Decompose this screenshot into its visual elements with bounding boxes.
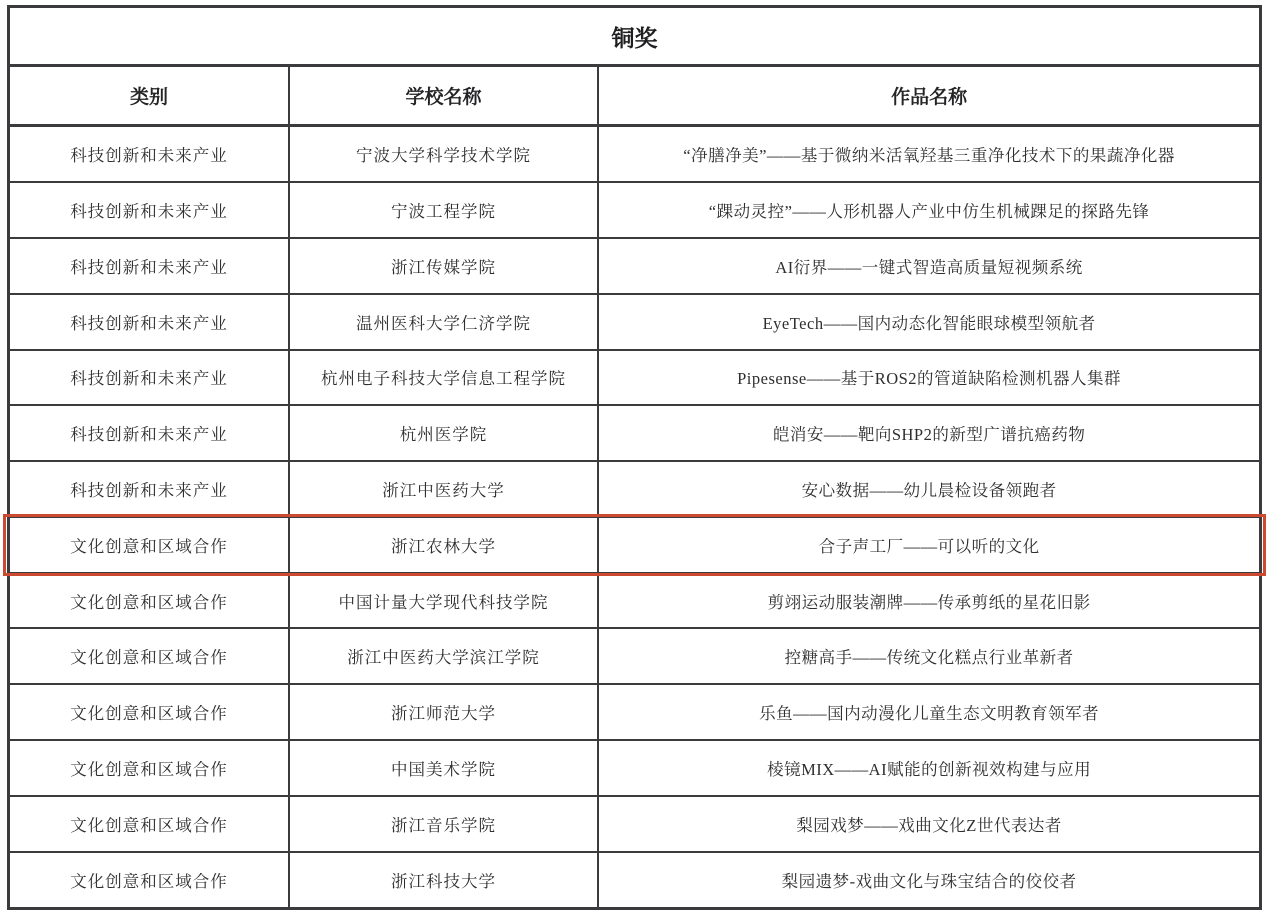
school-cell: 浙江中医药大学滨江学院 <box>289 628 598 684</box>
school-cell: 浙江师范大学 <box>289 684 598 740</box>
table-row: 科技创新和未来产业 宁波工程学院 “踝动灵控”——人形机器人产业中仿生机械踝足的… <box>9 182 1261 238</box>
category-cell: 文化创意和区域合作 <box>9 517 289 573</box>
school-cell: 温州医科大学仁济学院 <box>289 294 598 350</box>
table-row: 文化创意和区域合作 浙江师范大学 乐鱼——国内动漫化儿童生态文明教育领军者 <box>9 684 1261 740</box>
category-cell: 科技创新和未来产业 <box>9 182 289 238</box>
category-cell: 科技创新和未来产业 <box>9 461 289 517</box>
table-title-row: 铜奖 <box>9 7 1261 66</box>
category-cell: 文化创意和区域合作 <box>9 796 289 852</box>
school-cell: 宁波工程学院 <box>289 182 598 238</box>
category-cell: 文化创意和区域合作 <box>9 628 289 684</box>
column-header-school: 学校名称 <box>289 66 598 126</box>
school-cell: 中国美术学院 <box>289 740 598 796</box>
school-cell: 杭州电子科技大学信息工程学院 <box>289 350 598 406</box>
work-cell: AI衍界——一键式智造高质量短视频系统 <box>598 238 1260 294</box>
table-row: 文化创意和区域合作 浙江音乐学院 梨园戏梦——戏曲文化Z世代表达者 <box>9 796 1261 852</box>
school-cell: 中国计量大学现代科技学院 <box>289 573 598 629</box>
table-row: 科技创新和未来产业 杭州医学院 皑消安——靶向SHP2的新型广谱抗癌药物 <box>9 405 1261 461</box>
work-cell: 控糖高手——传统文化糕点行业革新者 <box>598 628 1260 684</box>
table-header-row: 类别 学校名称 作品名称 <box>9 66 1261 126</box>
table-row: 科技创新和未来产业 宁波大学科学技术学院 “净膳净美”——基于微纳米活氧羟基三重… <box>9 126 1261 183</box>
work-cell: “踝动灵控”——人形机器人产业中仿生机械踝足的探路先锋 <box>598 182 1260 238</box>
work-cell: 棱镜MIX——AI赋能的创新视效构建与应用 <box>598 740 1260 796</box>
table-row-highlighted: 文化创意和区域合作 浙江农林大学 合子声工厂——可以听的文化 <box>9 517 1261 573</box>
school-cell: 宁波大学科学技术学院 <box>289 126 598 183</box>
category-cell: 文化创意和区域合作 <box>9 852 289 909</box>
work-cell: 乐鱼——国内动漫化儿童生态文明教育领军者 <box>598 684 1260 740</box>
school-cell: 浙江音乐学院 <box>289 796 598 852</box>
work-cell: Pipesense——基于ROS2的管道缺陷检测机器人集群 <box>598 350 1260 406</box>
category-cell: 科技创新和未来产业 <box>9 126 289 183</box>
table-row: 科技创新和未来产业 杭州电子科技大学信息工程学院 Pipesense——基于RO… <box>9 350 1261 406</box>
category-cell: 文化创意和区域合作 <box>9 740 289 796</box>
work-cell: “净膳净美”——基于微纳米活氧羟基三重净化技术下的果蔬净化器 <box>598 126 1260 183</box>
category-cell: 文化创意和区域合作 <box>9 573 289 629</box>
work-cell: EyeTech——国内动态化智能眼球模型领航者 <box>598 294 1260 350</box>
table-row: 文化创意和区域合作 浙江科技大学 梨园遗梦-戏曲文化与珠宝结合的佼佼者 <box>9 852 1261 909</box>
school-cell: 浙江中医药大学 <box>289 461 598 517</box>
table-row: 文化创意和区域合作 浙江中医药大学滨江学院 控糖高手——传统文化糕点行业革新者 <box>9 628 1261 684</box>
table-title: 铜奖 <box>9 7 1261 66</box>
category-cell: 科技创新和未来产业 <box>9 405 289 461</box>
school-cell: 杭州医学院 <box>289 405 598 461</box>
awards-table: 铜奖 类别 学校名称 作品名称 科技创新和未来产业 宁波大学科学技术学院 “净膳… <box>7 5 1262 910</box>
category-cell: 科技创新和未来产业 <box>9 238 289 294</box>
school-cell: 浙江农林大学 <box>289 517 598 573</box>
work-cell: 安心数据——幼儿晨检设备领跑者 <box>598 461 1260 517</box>
school-cell: 浙江科技大学 <box>289 852 598 909</box>
work-cell: 梨园遗梦-戏曲文化与珠宝结合的佼佼者 <box>598 852 1260 909</box>
category-cell: 科技创新和未来产业 <box>9 294 289 350</box>
school-cell: 浙江传媒学院 <box>289 238 598 294</box>
table-row: 文化创意和区域合作 中国美术学院 棱镜MIX——AI赋能的创新视效构建与应用 <box>9 740 1261 796</box>
table-row: 科技创新和未来产业 浙江中医药大学 安心数据——幼儿晨检设备领跑者 <box>9 461 1261 517</box>
work-cell: 剪翊运动服装潮牌——传承剪纸的星花旧影 <box>598 573 1260 629</box>
category-cell: 文化创意和区域合作 <box>9 684 289 740</box>
document-page: 铜奖 类别 学校名称 作品名称 科技创新和未来产业 宁波大学科学技术学院 “净膳… <box>0 0 1269 912</box>
category-cell: 科技创新和未来产业 <box>9 350 289 406</box>
table-row: 文化创意和区域合作 中国计量大学现代科技学院 剪翊运动服装潮牌——传承剪纸的星花… <box>9 573 1261 629</box>
column-header-work: 作品名称 <box>598 66 1260 126</box>
column-header-category: 类别 <box>9 66 289 126</box>
awards-table-container: 铜奖 类别 学校名称 作品名称 科技创新和未来产业 宁波大学科学技术学院 “净膳… <box>7 5 1262 910</box>
work-cell: 皑消安——靶向SHP2的新型广谱抗癌药物 <box>598 405 1260 461</box>
work-cell: 合子声工厂——可以听的文化 <box>598 517 1260 573</box>
table-row: 科技创新和未来产业 温州医科大学仁济学院 EyeTech——国内动态化智能眼球模… <box>9 294 1261 350</box>
table-row: 科技创新和未来产业 浙江传媒学院 AI衍界——一键式智造高质量短视频系统 <box>9 238 1261 294</box>
work-cell: 梨园戏梦——戏曲文化Z世代表达者 <box>598 796 1260 852</box>
